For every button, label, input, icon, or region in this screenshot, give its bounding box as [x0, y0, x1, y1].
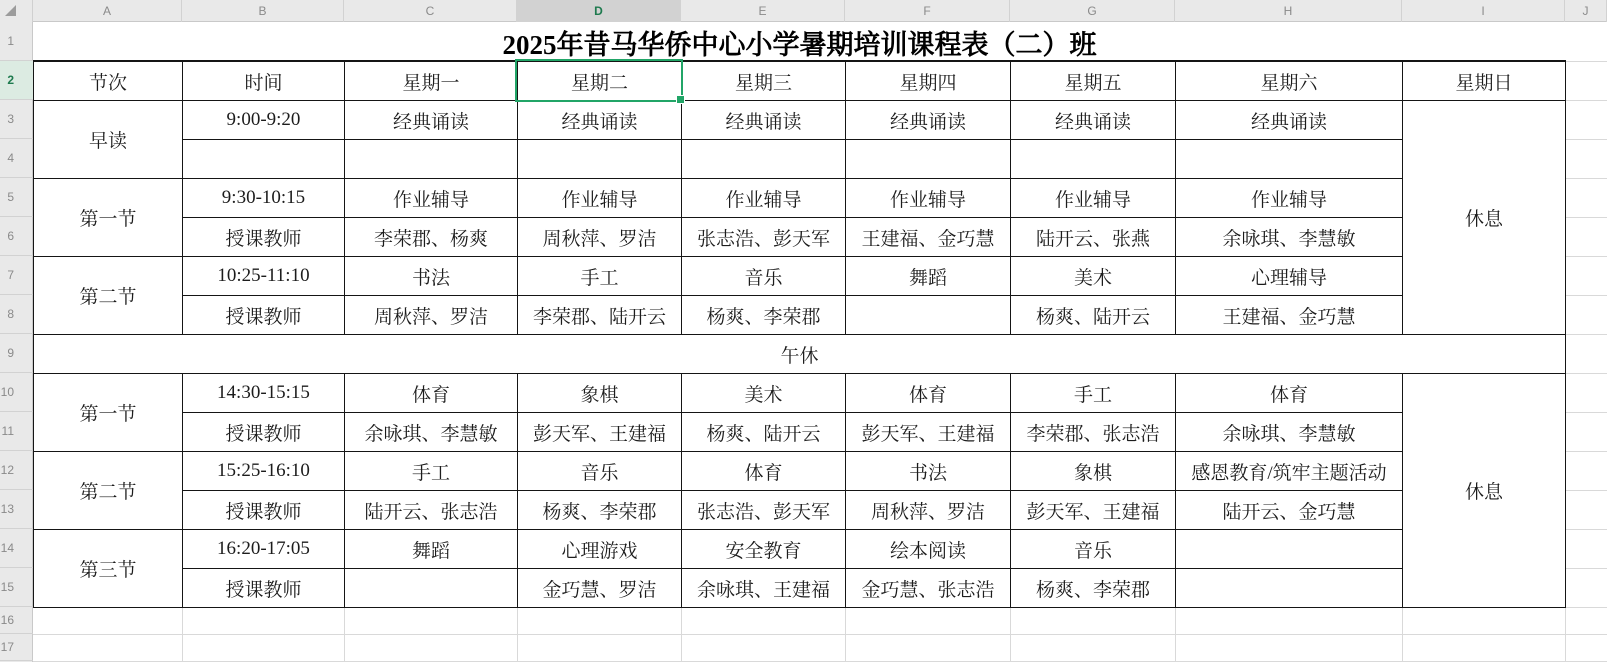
header-friday[interactable]: 星期五 [1010, 61, 1176, 101]
cell-H13[interactable]: 陆开云、金巧慧 [1175, 490, 1403, 530]
cell-D4[interactable] [517, 139, 682, 179]
row-header-1[interactable]: 1 [0, 22, 33, 61]
cell-E12[interactable]: 体育 [681, 451, 846, 491]
gridline [1565, 61, 1607, 62]
row-header-3[interactable]: 3 [0, 100, 33, 139]
gridline [681, 607, 682, 662]
sheet-title[interactable]: 2025年昔马华侨中心小学暑期培训课程表（二）班 [33, 22, 1566, 62]
gridline [1565, 607, 1607, 608]
cell-F5[interactable]: 作业辅导 [845, 178, 1011, 218]
gridline [1565, 373, 1607, 374]
cell-G4[interactable] [1010, 139, 1176, 179]
cell-G3[interactable]: 经典诵读 [1010, 100, 1176, 140]
gridline [1565, 100, 1607, 101]
column-headers: ABCDEFGHIJ [0, 0, 1607, 22]
cell-C14[interactable]: 舞蹈 [344, 529, 518, 569]
period-pm-2[interactable]: 第二节 [33, 451, 183, 530]
row-header-14[interactable]: 14 [0, 529, 33, 568]
gridline [1565, 490, 1607, 491]
cell-D12[interactable]: 音乐 [517, 451, 682, 491]
column-header-F[interactable]: F [845, 0, 1010, 22]
cell-C12[interactable]: 手工 [344, 451, 518, 491]
period-pm-3[interactable]: 第三节 [33, 529, 183, 608]
cell-D11[interactable]: 彭天军、王建福 [517, 412, 682, 452]
gridline [1565, 295, 1607, 296]
gridline [1010, 607, 1011, 662]
period-am-2[interactable]: 第二节 [33, 256, 183, 335]
cell-E7[interactable]: 音乐 [681, 256, 846, 296]
gridline [845, 607, 846, 662]
cell-D14[interactable]: 心理游戏 [517, 529, 682, 569]
row-header-7[interactable]: 7 [0, 256, 33, 295]
noon-break[interactable]: 午休 [33, 334, 1566, 374]
gridline [1565, 607, 1566, 662]
gridline [1565, 412, 1607, 413]
time-slot[interactable]: 10:25-11:10 [182, 256, 345, 296]
cell-G8[interactable]: 杨爽、陆开云 [1010, 295, 1176, 335]
cell-E14[interactable]: 安全教育 [681, 529, 846, 569]
gridline [1565, 139, 1607, 140]
cell-H10[interactable]: 体育 [1175, 373, 1403, 413]
select-all-triangle-icon [5, 5, 16, 16]
cell-F6[interactable]: 王建福、金巧慧 [845, 217, 1011, 257]
gridline [1565, 256, 1607, 257]
cell-E4[interactable] [681, 139, 846, 179]
cell-G15[interactable]: 杨爽、李荣郡 [1010, 568, 1176, 608]
cell-E3[interactable]: 经典诵读 [681, 100, 846, 140]
cell-D15[interactable]: 金巧慧、罗洁 [517, 568, 682, 608]
cell-H14[interactable] [1175, 529, 1403, 569]
row-header-16[interactable]: 16 [0, 607, 33, 634]
gridline [1565, 334, 1607, 335]
cell-E11[interactable]: 杨爽、陆开云 [681, 412, 846, 452]
cell-B4[interactable] [182, 139, 345, 179]
cell-G14[interactable]: 音乐 [1010, 529, 1176, 569]
period-morning-reading[interactable]: 早读 [33, 100, 183, 179]
column-header-J[interactable]: J [1565, 0, 1607, 22]
teacher-label[interactable]: 授课教师 [182, 412, 345, 452]
sunday-rest-afternoon[interactable]: 休息 [1402, 373, 1566, 608]
row-headers: 1234567891011121314151617 [0, 22, 33, 662]
cell-G7[interactable]: 美术 [1010, 256, 1176, 296]
cell-E15[interactable]: 余咏琪、王建福 [681, 568, 846, 608]
teacher-label[interactable]: 授课教师 [182, 490, 345, 530]
cell-G11[interactable]: 李荣郡、张志浩 [1010, 412, 1176, 452]
select-all-corner[interactable] [0, 0, 33, 22]
column-header-D[interactable]: D [517, 0, 681, 22]
column-header-A[interactable]: A [33, 0, 182, 22]
row-header-10[interactable]: 10 [0, 373, 33, 412]
column-header-B[interactable]: B [182, 0, 344, 22]
row-header-13[interactable]: 13 [0, 490, 33, 529]
period-pm-1[interactable]: 第一节 [33, 373, 183, 452]
cell-E10[interactable]: 美术 [681, 373, 846, 413]
cell-C6[interactable]: 李荣郡、杨爽 [344, 217, 518, 257]
header-saturday[interactable]: 星期六 [1175, 61, 1403, 101]
cell-F10[interactable]: 体育 [845, 373, 1011, 413]
cell-C7[interactable]: 书法 [344, 256, 518, 296]
cell-H7[interactable]: 心理辅导 [1175, 256, 1403, 296]
cell-H6[interactable]: 余咏琪、李慧敏 [1175, 217, 1403, 257]
gridline [517, 607, 518, 662]
row-header-6[interactable]: 6 [0, 217, 33, 256]
teacher-label[interactable]: 授课教师 [182, 568, 345, 608]
cell-F15[interactable]: 金巧慧、张志浩 [845, 568, 1011, 608]
gridline [33, 634, 1607, 635]
cell-F3[interactable]: 经典诵读 [845, 100, 1011, 140]
header-monday[interactable]: 星期一 [344, 61, 518, 101]
cell-F11[interactable]: 彭天军、王建福 [845, 412, 1011, 452]
column-header-E[interactable]: E [681, 0, 845, 22]
period-am-1[interactable]: 第一节 [33, 178, 183, 257]
cell-G5[interactable]: 作业辅导 [1010, 178, 1176, 218]
cell-D6[interactable]: 周秋萍、罗洁 [517, 217, 682, 257]
header-tuesday-selected[interactable]: 星期二 [517, 61, 682, 101]
cell-G10[interactable]: 手工 [1010, 373, 1176, 413]
cell-C3[interactable]: 经典诵读 [344, 100, 518, 140]
column-header-G[interactable]: G [1010, 0, 1175, 22]
cell-E8[interactable]: 杨爽、李荣郡 [681, 295, 846, 335]
time-slot[interactable]: 9:00-9:20 [182, 100, 345, 140]
header-thursday[interactable]: 星期四 [845, 61, 1011, 101]
header-period[interactable]: 节次 [33, 61, 183, 101]
cell-D7[interactable]: 手工 [517, 256, 682, 296]
gridline [344, 607, 345, 662]
time-slot[interactable]: 9:30-10:15 [182, 178, 345, 218]
cell-H8[interactable]: 王建福、金巧慧 [1175, 295, 1403, 335]
row-header-5[interactable]: 5 [0, 178, 33, 217]
gridline [1565, 451, 1607, 452]
row-header-9[interactable]: 9 [0, 334, 33, 373]
cell-G13[interactable]: 彭天军、王建福 [1010, 490, 1176, 530]
cell-G6[interactable]: 陆开云、张燕 [1010, 217, 1176, 257]
gridline [1565, 529, 1607, 530]
cell-H4[interactable] [1175, 139, 1403, 179]
cell-C15[interactable] [344, 568, 518, 608]
row-header-11[interactable]: 11 [0, 412, 33, 451]
cell-C5[interactable]: 作业辅导 [344, 178, 518, 218]
cell-H11[interactable]: 余咏琪、李慧敏 [1175, 412, 1403, 452]
selection-fill-handle[interactable] [676, 95, 685, 104]
row-header-4[interactable]: 4 [0, 139, 33, 178]
cell-C13[interactable]: 陆开云、张志浩 [344, 490, 518, 530]
gridline [1402, 607, 1403, 662]
cell-D10[interactable]: 象棋 [517, 373, 682, 413]
time-slot[interactable]: 14:30-15:15 [182, 373, 345, 413]
row-header-8[interactable]: 8 [0, 295, 33, 334]
gridline [1565, 568, 1607, 569]
cell-F7[interactable]: 舞蹈 [845, 256, 1011, 296]
gridline [1175, 607, 1176, 662]
cell-C11[interactable]: 余咏琪、李慧敏 [344, 412, 518, 452]
cell-F13[interactable]: 周秋萍、罗洁 [845, 490, 1011, 530]
cell-F8[interactable] [845, 295, 1011, 335]
cell-D13[interactable]: 杨爽、李荣郡 [517, 490, 682, 530]
spreadsheet: 2025年昔马华侨中心小学暑期培训课程表（二）班节次时间星期一星期二星期三星期四… [0, 0, 1607, 662]
cell-H15[interactable] [1175, 568, 1403, 608]
column-header-I[interactable]: I [1402, 0, 1565, 22]
cell-E6[interactable]: 张志浩、彭天军 [681, 217, 846, 257]
header-time[interactable]: 时间 [182, 61, 345, 101]
sunday-rest-morning[interactable]: 休息 [1402, 100, 1566, 335]
column-header-C[interactable]: C [344, 0, 517, 22]
row-header-12[interactable]: 12 [0, 451, 33, 490]
header-sunday[interactable]: 星期日 [1402, 61, 1566, 101]
cell-C8[interactable]: 周秋萍、罗洁 [344, 295, 518, 335]
cell-D3[interactable]: 经典诵读 [517, 100, 682, 140]
cell-H3[interactable]: 经典诵读 [1175, 100, 1403, 140]
time-slot[interactable]: 15:25-16:10 [182, 451, 345, 491]
cell-G12[interactable]: 象棋 [1010, 451, 1176, 491]
cell-H5[interactable]: 作业辅导 [1175, 178, 1403, 218]
cell-C4[interactable] [344, 139, 518, 179]
row-header-15[interactable]: 15 [0, 568, 33, 607]
cell-E13[interactable]: 张志浩、彭天军 [681, 490, 846, 530]
gridline [182, 607, 183, 662]
teacher-label[interactable]: 授课教师 [182, 295, 345, 335]
gridline [1565, 178, 1607, 179]
time-slot[interactable]: 16:20-17:05 [182, 529, 345, 569]
row-header-2[interactable]: 2 [0, 61, 33, 100]
cell-F12[interactable]: 书法 [845, 451, 1011, 491]
teacher-label[interactable]: 授课教师 [182, 217, 345, 257]
cell-D8[interactable]: 李荣郡、陆开云 [517, 295, 682, 335]
row-header-17[interactable]: 17 [0, 634, 33, 661]
cell-D5[interactable]: 作业辅导 [517, 178, 682, 218]
cell-F4[interactable] [845, 139, 1011, 179]
header-wednesday[interactable]: 星期三 [681, 61, 846, 101]
cell-F14[interactable]: 绘本阅读 [845, 529, 1011, 569]
cell-C10[interactable]: 体育 [344, 373, 518, 413]
cell-E5[interactable]: 作业辅导 [681, 178, 846, 218]
gridline [1565, 217, 1607, 218]
column-header-H[interactable]: H [1175, 0, 1402, 22]
cell-H12[interactable]: 感恩教育/筑牢主题活动 [1175, 451, 1403, 491]
